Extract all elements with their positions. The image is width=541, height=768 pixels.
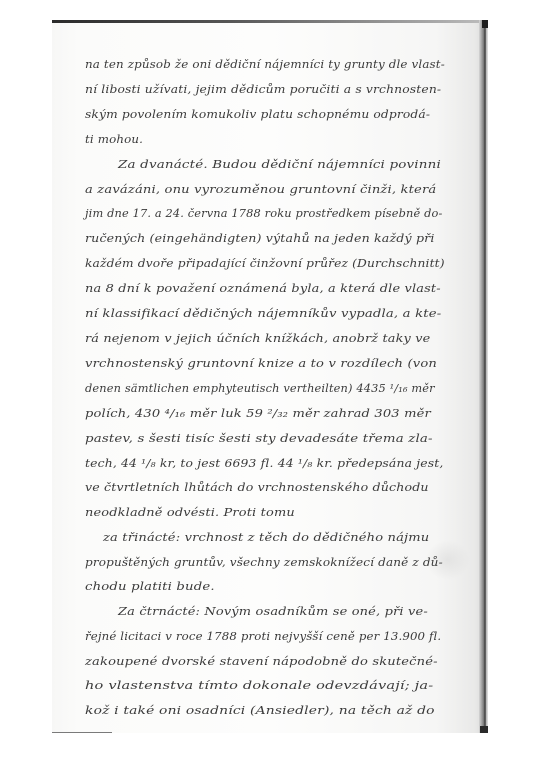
text-line: neodkladně odvésti. Proti tomu [85,506,295,520]
text-line: a zavázáni, onu vyrozuměnou gruntovní či… [85,183,436,197]
text-line: propuštěných gruntův, všechny zemskokníž… [85,556,443,570]
text-line: denen sämtlichen emphyteutisch vertheilt… [85,382,435,396]
text-line: každém dvoře připadající činžovní průřez… [85,257,445,271]
text-line: polích, 430 ⁴/₁₆ měr luk 59 ²/₃₂ měr zah… [85,407,431,421]
text-line: ní libosti užívati, jejim dědicům poruči… [85,83,441,97]
text-line: ní klassifikací dědičných nájemníkův vyp… [85,307,441,321]
text-line: jim dne 17. a 24. června 1788 roku prost… [85,207,442,221]
paragraph-start-line: Za dvanácté. Budou dědiční nájemníci pov… [118,158,441,172]
text-line: rá nejenom v jejich účních knížkách, ano… [85,332,430,346]
text-line: ho vlastenstva tímto dokonale odevzdávaj… [85,679,433,693]
text-line: zakoupené dvorské stavení nápodobně do s… [85,655,438,669]
text-line: ským povolením komukoliv platu schopnému… [85,108,430,122]
text-line: tech, 44 ¹/₈ kr, to jest 6693 fl. 44 ¹/₈… [85,457,443,471]
text-line: na 8 dní k považení oznámená byla, a kte… [85,282,441,296]
text-line: vrchnostenský gruntovní knize a to v roz… [85,357,437,371]
text-line: řejné licitaci v roce 1788 proti nejvyšš… [85,630,441,644]
text-line: pastev, s šesti tisíc šesti sty devadesá… [85,432,433,446]
text-line: ve čtvrtletních lhůtách do vrchnostenské… [85,481,429,495]
text-line: ručených (eingehändigten) výtahů na jede… [85,232,435,246]
text-line: kož i také oni osadníci (Ansiedler), na … [85,704,435,718]
text-line: na ten způsob že oni dědiční nájemníci t… [85,58,445,72]
paragraph-start-line: Za čtrnácté: Novým osadníkům se oné, při… [118,605,428,619]
text-line: chodu platiti bude. [85,580,215,594]
text-line: ti mohou. [85,133,143,147]
handwritten-text-body: na ten způsob že oni dědiční nájemníci t… [0,0,541,768]
paragraph-start-line: za třinácté: vrchnost z těch do dědičnéh… [103,531,429,545]
